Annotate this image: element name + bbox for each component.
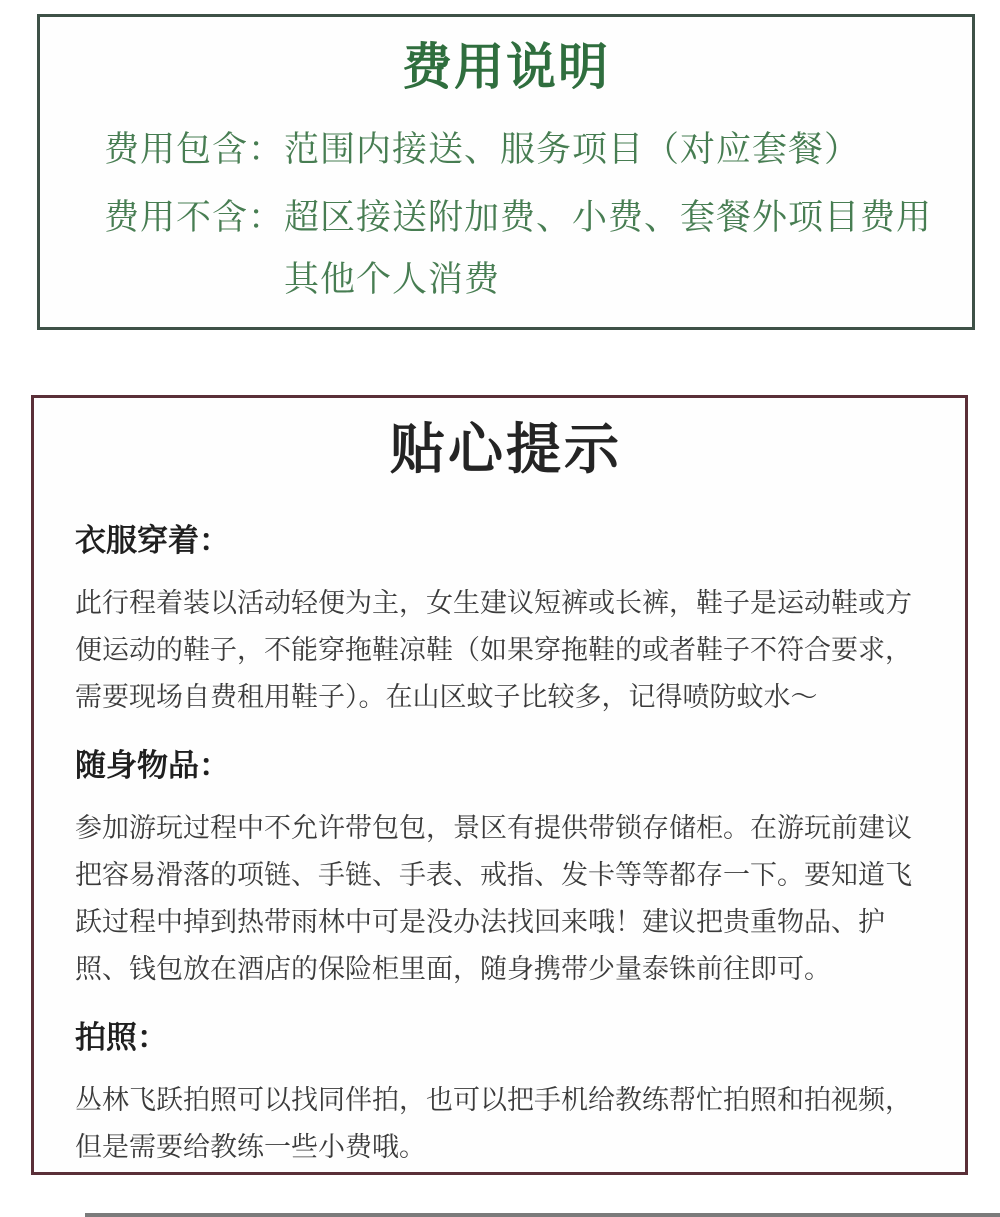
tips-clothing-body: 此行程着装以活动轻便为主，女生建议短裤或长裤，鞋子是运动鞋或方便运动的鞋子，不能… <box>75 580 937 721</box>
fee-card-title: 费用说明 <box>40 17 972 95</box>
fee-excluded-content: 超区接送附加费、小费、套餐外项目费用 其他个人消费 <box>284 193 952 305</box>
fee-included-row: 费用包含： 范围内接送、服务项目（对应套餐） <box>104 125 952 175</box>
fee-included-label: 费用包含： <box>104 125 284 175</box>
fee-excluded-label: 费用不含： <box>104 193 284 243</box>
next-card-cutoff-edge <box>85 1213 1000 1217</box>
tips-section-clothing: 衣服穿着： 此行程着装以活动轻便为主，女生建议短裤或长裤，鞋子是运动鞋或方便运动… <box>75 524 937 721</box>
fee-excluded-row: 费用不含： 超区接送附加费、小费、套餐外项目费用 其他个人消费 <box>104 193 952 305</box>
tips-clothing-heading: 衣服穿着： <box>75 524 937 558</box>
tips-belongings-body: 参加游玩过程中不允许带包包，景区有提供带锁存储柜。在游玩前建议把容易滑落的项链、… <box>75 805 937 993</box>
tips-card-title: 贴心提示 <box>75 418 937 480</box>
tips-belongings-heading: 随身物品： <box>75 749 937 783</box>
tips-card: 贴心提示 衣服穿着： 此行程着装以活动轻便为主，女生建议短裤或长裤，鞋子是运动鞋… <box>31 395 968 1175</box>
tips-photo-heading: 拍照： <box>75 1021 937 1055</box>
tips-section-belongings: 随身物品： 参加游玩过程中不允许带包包，景区有提供带锁存储柜。在游玩前建议把容易… <box>75 749 937 993</box>
fee-description-card: 费用说明 费用包含： 范围内接送、服务项目（对应套餐） 费用不含： 超区接送附加… <box>37 14 975 330</box>
travel-info-page: 费用说明 费用包含： 范围内接送、服务项目（对应套餐） 费用不含： 超区接送附加… <box>0 0 1000 1217</box>
fee-excluded-line-1: 超区接送附加费、小费、套餐外项目费用 <box>284 193 952 243</box>
fee-included-content: 范围内接送、服务项目（对应套餐） <box>284 125 952 175</box>
fee-rows: 费用包含： 范围内接送、服务项目（对应套餐） 费用不含： 超区接送附加费、小费、… <box>104 125 952 305</box>
tips-sections: 衣服穿着： 此行程着装以活动轻便为主，女生建议短裤或长裤，鞋子是运动鞋或方便运动… <box>75 524 937 1171</box>
tips-section-photo: 拍照： 丛林飞跃拍照可以找同伴拍，也可以把手机给教练帮忙拍照和拍视频，但是需要给… <box>75 1021 937 1171</box>
fee-included-line: 范围内接送、服务项目（对应套餐） <box>284 130 860 169</box>
tips-card-inner: 贴心提示 衣服穿着： 此行程着装以活动轻便为主，女生建议短裤或长裤，鞋子是运动鞋… <box>34 398 965 1171</box>
tips-photo-body: 丛林飞跃拍照可以找同伴拍，也可以把手机给教练帮忙拍照和拍视频，但是需要给教练一些… <box>75 1077 937 1171</box>
fee-excluded-line-2: 其他个人消费 <box>284 255 952 305</box>
